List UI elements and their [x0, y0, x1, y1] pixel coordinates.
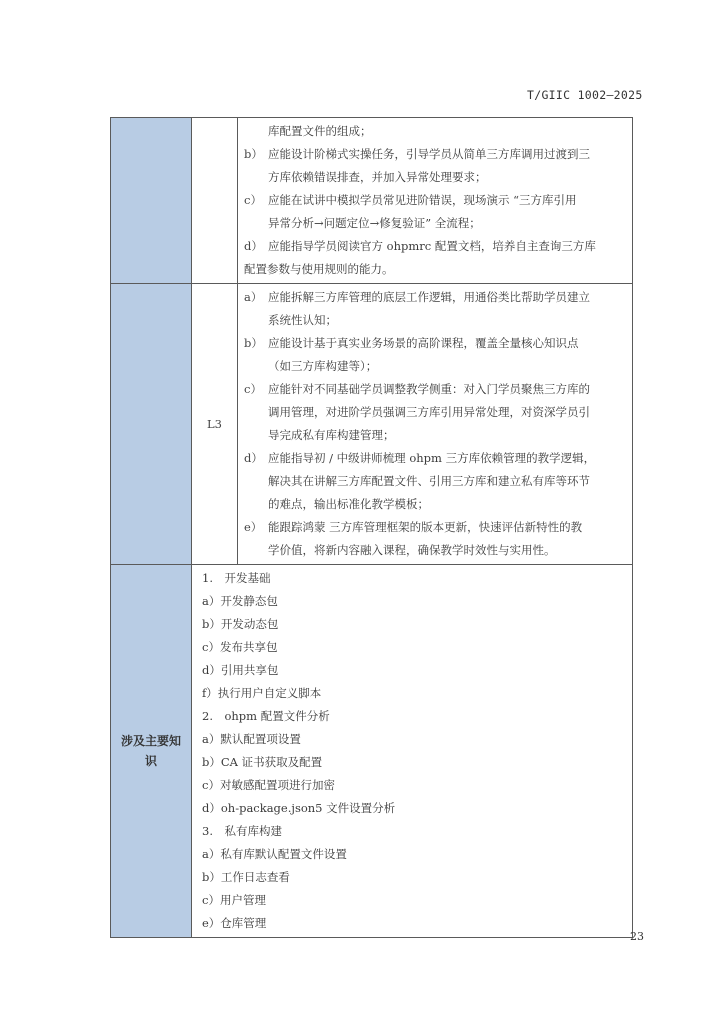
item-marker: a） — [244, 286, 268, 309]
requirement-text: 导完成私有库构建管理； — [268, 428, 395, 442]
requirement-text: 调用管理，对进阶学员强调三方库引用异常处理，对资深学员引 — [268, 405, 590, 419]
requirement-text: 应能指导初 / 中级讲师梳理 ohpm 三方库依赖管理的教学逻辑， — [268, 451, 595, 465]
knowledge-item: a）默认配置项设置 — [198, 728, 628, 751]
requirement-text: 应能在试讲中模拟学员常见进阶错误，现场演示 “三方库引用 — [268, 193, 577, 207]
requirement-text: 解决其在讲解三方库配置文件、引用三方库和建立私有库等环节 — [268, 474, 590, 488]
requirement-text: 应能拆解三方库管理的底层工作逻辑，用通俗类比帮助学员建立 — [268, 290, 590, 304]
item-marker: d） — [244, 447, 268, 470]
knowledge-item: d）引用共享包 — [198, 659, 628, 682]
requirement-text: （如三方库构建等）； — [268, 359, 377, 373]
requirement-text: 异常分析→问题定位→修复验证” 全流程； — [268, 216, 481, 230]
level-cell — [192, 118, 238, 284]
item-marker: b） — [244, 143, 268, 166]
requirement-line: c）应能在试讲中模拟学员常见进阶错误，现场演示 “三方库引用 — [244, 189, 628, 212]
requirement-line: b）应能设计基于真实业务场景的高阶课程，覆盖全量核心知识点 — [244, 332, 628, 355]
requirement-line: 配置参数与使用规则的能力。 — [244, 258, 628, 281]
requirement-text: 应能指导学员阅读官方 ohpmrc 配置文档，培养自主查询三方库 — [268, 239, 596, 253]
requirement-line: d）应能指导学员阅读官方 ohpmrc 配置文档，培养自主查询三方库 — [244, 235, 628, 258]
knowledge-item: b）工作日志查看 — [198, 866, 628, 889]
requirement-text: 的难点，输出标准化教学模板； — [268, 497, 429, 511]
item-marker: c） — [244, 378, 268, 401]
category-cell — [111, 284, 192, 565]
knowledge-item: b）CA 证书获取及配置 — [198, 751, 628, 774]
document-code-header: T/GIIC 1002—2025 — [527, 88, 643, 102]
knowledge-item: f）执行用户自定义脚本 — [198, 682, 628, 705]
requirements-cell: a）应能拆解三方库管理的底层工作逻辑，用通俗类比帮助学员建立系统性认知；b）应能… — [238, 284, 633, 565]
item-marker: c） — [244, 189, 268, 212]
requirement-text: 学价值，将新内容融入课程，确保教学时效性与实用性。 — [268, 543, 556, 557]
knowledge-item: d）oh-package.json5 文件设置分析 — [198, 797, 628, 820]
knowledge-item: 1. 开发基础 — [198, 567, 628, 590]
requirement-text: 应能针对不同基础学员调整教学侧重：对入门学员聚焦三方库的 — [268, 382, 590, 396]
requirement-text: 应能设计基于真实业务场景的高阶课程，覆盖全量核心知识点 — [268, 336, 579, 350]
requirement-text: 方库依赖错误排查，并加入异常处理要求； — [268, 170, 487, 184]
requirement-line: 的难点，输出标准化教学模板； — [244, 493, 628, 516]
requirement-text: 能跟踪鸿蒙 三方库管理框架的版本更新，快速评估新特性的教 — [268, 520, 582, 534]
requirement-text: 应能设计阶梯式实操任务，引导学员从简单三方库调用过渡到三 — [268, 147, 590, 161]
knowledge-item: a）开发静态包 — [198, 590, 628, 613]
knowledge-item: 2. ohpm 配置文件分析 — [198, 705, 628, 728]
knowledge-item: b）开发动态包 — [198, 613, 628, 636]
knowledge-item: e）仓库管理 — [198, 912, 628, 935]
requirement-text: 系统性认知； — [268, 313, 337, 327]
requirement-line: 调用管理，对进阶学员强调三方库引用异常处理，对资深学员引 — [244, 401, 628, 424]
category-cell — [111, 118, 192, 284]
requirement-text: 配置参数与使用规则的能力。 — [244, 262, 394, 276]
knowledge-topic-cell: 涉及主要知 识 — [111, 565, 192, 938]
requirement-line: 导完成私有库构建管理； — [244, 424, 628, 447]
requirement-line: 方库依赖错误排查，并加入异常处理要求； — [244, 166, 628, 189]
knowledge-item: c）发布共享包 — [198, 636, 628, 659]
table-row: 涉及主要知 识 1. 开发基础a）开发静态包b）开发动态包c）发布共享包d）引用… — [111, 565, 633, 938]
requirement-line: e）能跟踪鸿蒙 三方库管理框架的版本更新，快速评估新特性的教 — [244, 516, 628, 539]
knowledge-item: c）用户管理 — [198, 889, 628, 912]
requirement-line: b）应能设计阶梯式实操任务，引导学员从简单三方库调用过渡到三 — [244, 143, 628, 166]
requirement-line: c）应能针对不同基础学员调整教学侧重：对入门学员聚焦三方库的 — [244, 378, 628, 401]
item-marker: b） — [244, 332, 268, 355]
table-row: L3 a）应能拆解三方库管理的底层工作逻辑，用通俗类比帮助学员建立系统性认知；b… — [111, 284, 633, 565]
level-cell: L3 — [192, 284, 238, 565]
knowledge-item: a）私有库默认配置文件设置 — [198, 843, 628, 866]
item-marker: e） — [244, 516, 268, 539]
knowledge-item: c）对敏感配置项进行加密 — [198, 774, 628, 797]
page-number: 23 — [630, 930, 644, 943]
requirement-line: 学价值，将新内容融入课程，确保教学时效性与实用性。 — [244, 539, 628, 562]
requirement-line: 库配置文件的组成； — [244, 120, 628, 143]
requirement-line: 异常分析→问题定位→修复验证” 全流程； — [244, 212, 628, 235]
knowledge-list-cell: 1. 开发基础a）开发静态包b）开发动态包c）发布共享包d）引用共享包f）执行用… — [192, 565, 633, 938]
requirements-cell: 库配置文件的组成；b）应能设计阶梯式实操任务，引导学员从简单三方库调用过渡到三方… — [238, 118, 633, 284]
requirement-line: a）应能拆解三方库管理的底层工作逻辑，用通俗类比帮助学员建立 — [244, 286, 628, 309]
knowledge-item: 3. 私有库构建 — [198, 820, 628, 843]
standard-requirements-table: 库配置文件的组成；b）应能设计阶梯式实操任务，引导学员从简单三方库调用过渡到三方… — [110, 117, 633, 938]
requirement-line: （如三方库构建等）； — [244, 355, 628, 378]
requirement-line: 解决其在讲解三方库配置文件、引用三方库和建立私有库等环节 — [244, 470, 628, 493]
item-marker: d） — [244, 235, 268, 258]
table-row: 库配置文件的组成；b）应能设计阶梯式实操任务，引导学员从简单三方库调用过渡到三方… — [111, 118, 633, 284]
knowledge-topic-label-line1: 涉及主要知 — [111, 731, 191, 751]
requirement-line: 系统性认知； — [244, 309, 628, 332]
requirement-line: d）应能指导初 / 中级讲师梳理 ohpm 三方库依赖管理的教学逻辑， — [244, 447, 628, 470]
requirement-text: 库配置文件的组成； — [268, 124, 372, 138]
knowledge-topic-label-line2: 识 — [111, 751, 191, 771]
